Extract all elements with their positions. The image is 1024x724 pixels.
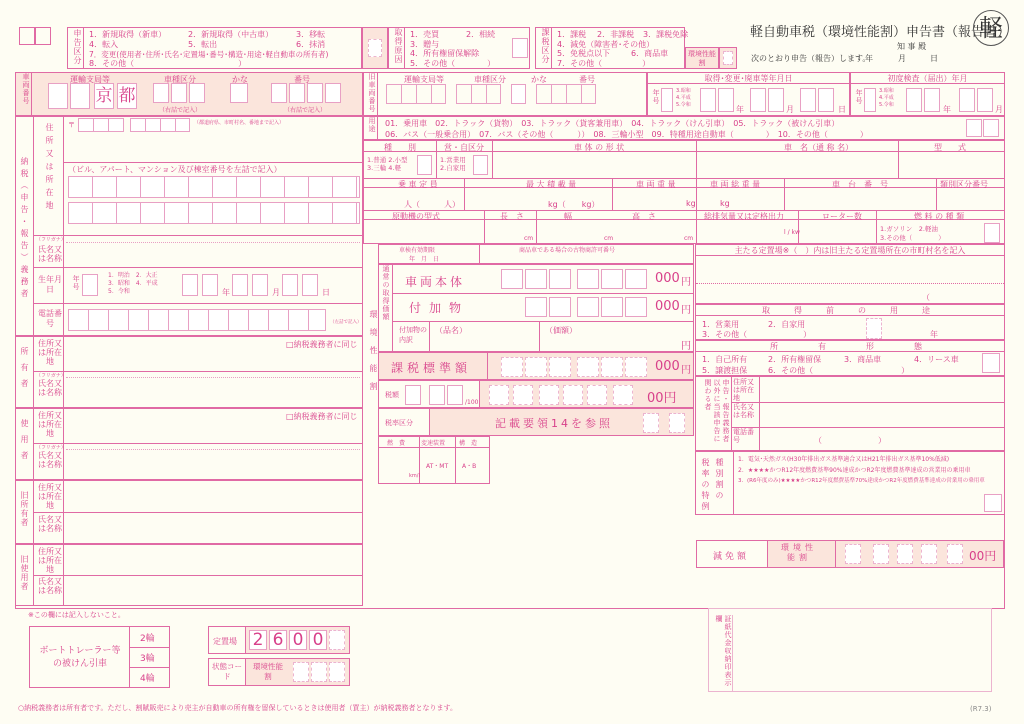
vn-number-box[interactable] xyxy=(325,83,341,103)
acquisition-date-header: 取得･変更･廃車等年月日 xyxy=(648,73,849,84)
fi-year-unit: 年 xyxy=(943,104,951,115)
tax-option-7: 7．その他（ ） xyxy=(557,58,650,69)
date-month-label: 月 xyxy=(898,53,906,64)
fi-era-box[interactable] xyxy=(864,88,876,112)
declaration-type-section: 申告区分 1．新規取得（新車） 2．新規取得（中古車） 3．移転 4．転入 5．… xyxy=(67,27,362,69)
status-code-label: 状態コード xyxy=(212,662,242,682)
reduction-suffix: 00円 xyxy=(969,547,996,564)
owner-furigana-label: （フリガナ） xyxy=(36,372,66,379)
building-note: （ビル、アパート、マンション及び棟室番号を左詰で記入） xyxy=(68,164,282,175)
birth-month-unit: 月 xyxy=(272,287,280,298)
phone-input[interactable] xyxy=(68,309,326,331)
tax-amount-digit[interactable] xyxy=(513,385,533,405)
spec-header-rotor: ローター数 xyxy=(822,211,862,222)
reduction-label: 減免額 xyxy=(713,549,749,562)
accessory-price-digit[interactable] xyxy=(525,297,547,317)
transmission-options[interactable]: AT・MT xyxy=(426,461,448,470)
transmission-header: 変速装置 xyxy=(421,438,445,447)
fi-era-options: 3.昭和4.平成5.令和 xyxy=(879,88,894,109)
spec-header-chassis: 車 台 番 号 xyxy=(832,179,888,190)
tax-rate-row: 税率区分 記載要領14を参照 xyxy=(378,408,694,436)
storage-code-digit[interactable]: 0 xyxy=(289,630,307,650)
accessory-price-suffix: 000 xyxy=(655,299,680,314)
env-tax-input[interactable] xyxy=(719,47,737,69)
structure-options[interactable]: A・B xyxy=(462,461,476,470)
ownership-input[interactable] xyxy=(982,353,1000,373)
spec-height-unit: cm xyxy=(684,235,693,242)
accessory-price-yen: 円 xyxy=(681,301,691,316)
owner-name-label: 氏名又は名称 xyxy=(38,379,62,397)
vn-office-box[interactable] xyxy=(48,83,68,109)
tax-base-digit[interactable] xyxy=(625,357,647,377)
special-rate-label: 税率の特例 xyxy=(700,458,711,513)
spec-header-payload: 最 大 積 載 量 xyxy=(526,179,576,190)
old-owner-section: 旧所有者 住所又は所在地 氏名又は名称 xyxy=(15,480,363,544)
tax-amount-digit[interactable] xyxy=(613,385,633,405)
acq-day-box[interactable] xyxy=(818,88,834,112)
spec-header-name: 車 名（通 称 名） xyxy=(784,142,853,153)
tax-rate-digit[interactable] xyxy=(405,385,421,405)
storage-old-municipality[interactable]: （ ） xyxy=(922,292,1024,303)
acquisition-price-section: 通常の取得価額 車両本体 000 円 付加物 000 円 付加物の内訳 （品名）… xyxy=(378,264,694,352)
building-row-1[interactable] xyxy=(68,176,360,198)
tax-base-digit[interactable] xyxy=(501,357,523,377)
body-price-digit[interactable] xyxy=(525,269,547,289)
accessory-price-digit[interactable] xyxy=(601,297,623,317)
tax-base-yen: 円 xyxy=(681,361,691,376)
acq-price-label: 通常の取得価額 xyxy=(379,265,393,351)
fi-month-box[interactable] xyxy=(959,88,975,112)
spec-header-model: 型 式 xyxy=(934,142,966,153)
storage-code-section: 定置場 2 6 0 0 xyxy=(208,626,350,654)
tax-category-section: 課税区分 1．課税 2．非課税 3．課税免除 4．減免（障害者･その他） 5．免… xyxy=(535,27,685,69)
stamp-label: 証紙代金収納印表示欄 xyxy=(711,615,733,691)
vn-number-box[interactable] xyxy=(271,83,287,103)
acq-month-box[interactable] xyxy=(750,88,766,112)
validity-date[interactable]: 年 月 日 xyxy=(409,254,439,263)
tax-amount-label: 税額 xyxy=(385,390,399,400)
trailer-label: ボートトレーラー等の被けん引車 xyxy=(36,645,124,671)
old-user-address-label: 住所又は所在地 xyxy=(38,547,62,574)
user-address-label: 住所又は所在地 xyxy=(38,411,62,438)
spec-biz-input[interactable] xyxy=(473,155,488,175)
vn-kana-box[interactable] xyxy=(230,83,248,103)
ownership-option-4: 4．リース車 xyxy=(914,354,959,365)
fi-year-box[interactable] xyxy=(906,88,922,112)
body-price-digit[interactable] xyxy=(501,269,523,289)
acq-year-box[interactable] xyxy=(718,88,734,112)
reduction-digit[interactable] xyxy=(845,544,861,564)
ovn-number-boxes[interactable] xyxy=(536,84,596,104)
rp-address-input[interactable] xyxy=(762,379,1002,401)
accessory-price-digit[interactable] xyxy=(549,297,571,317)
storage-code-digit[interactable]: 2 xyxy=(249,630,267,650)
spec-type-input[interactable] xyxy=(417,155,432,175)
validity-header: 車検有効期限 xyxy=(399,245,435,254)
first-inspection-header: 初度検査（届出）年月 xyxy=(851,73,1004,84)
form-version: (R7.3) xyxy=(970,705,991,713)
vehicle-number-label: 車両番号 xyxy=(16,73,32,115)
acq-year-box[interactable] xyxy=(700,88,716,112)
spec-biz-options: 1.営業用 2.自家用 xyxy=(440,156,466,172)
storage-code-extra[interactable] xyxy=(329,630,345,650)
old-owner-label: 旧所有者 xyxy=(19,491,30,527)
reduction-env-label: 環境性能割 xyxy=(781,543,817,563)
status-code-digit[interactable] xyxy=(293,662,309,682)
old-vehicle-number-section: 旧車両番号 運輸支局等 車種区分 かな 番号 xyxy=(363,72,647,116)
vn-office-char[interactable]: 京 xyxy=(94,83,114,109)
body-price-yen: 円 xyxy=(681,273,691,288)
reduction-digit[interactable] xyxy=(947,544,963,564)
spec-type-options: 1.普通 2.小型 3.三輪 4.軽 xyxy=(367,156,407,172)
acquisition-date-section: 取得･変更･廃車等年月日 年号 3.昭和4.平成5.令和 年 月 日 xyxy=(647,72,850,116)
spec-width-unit: cm xyxy=(604,235,613,242)
special-rate-item-2: 2．★★★★かつR12年度燃費基準90%達成かつR2年度燃費基準達成の営業用の乗… xyxy=(738,465,970,474)
era-label: 年号 xyxy=(651,89,661,105)
tax-base-digit[interactable] xyxy=(549,357,571,377)
birth-month-box[interactable] xyxy=(252,274,268,296)
storage-code-digit[interactable]: 0 xyxy=(309,630,327,650)
ovn-kana-box[interactable] xyxy=(511,84,526,104)
tax-base-label: 課税標準額 xyxy=(391,359,471,376)
spec-header-capacity: 乗 車 定 員 xyxy=(398,179,438,190)
spec-fuel-options: 1.ガソリン 2.軽油 3.その他（ ） xyxy=(880,225,945,243)
special-rate-input[interactable] xyxy=(984,494,1002,512)
body-price-label: 車両本体 xyxy=(405,273,465,290)
ownership-option-5: 5．譲渡担保 xyxy=(702,365,747,376)
tax-rate-code[interactable] xyxy=(643,413,659,433)
declaration-type-label: 申告区分 xyxy=(68,28,84,68)
building-row-2[interactable] xyxy=(68,202,360,224)
spec-model-input[interactable] xyxy=(902,153,1002,177)
spec-header-engine: 原動機の型式 xyxy=(392,211,440,222)
spec-header-width: 幅 xyxy=(564,211,572,222)
tax-amount-digit[interactable] xyxy=(539,385,559,405)
addressee: 知 事 殿 xyxy=(897,41,926,52)
accessory-detail-label: 付加物の内訳 xyxy=(399,325,429,345)
ownership-section: 所 有 形 態 1．自己所有 2．所有権留保 3．商品車 4．リース車 5．譲渡… xyxy=(695,340,1005,376)
spec-header-weight: 車 両 重 量 xyxy=(636,179,676,190)
user-label: 使用者 xyxy=(19,419,30,467)
fi-era-label: 年号 xyxy=(854,89,864,105)
cause-option-5: 5．その他（ ） xyxy=(410,58,495,69)
structure-header: 構 造 xyxy=(459,438,477,447)
fi-year-box[interactable] xyxy=(924,88,940,112)
trailer-3-wheels[interactable]: 3輪 xyxy=(140,651,155,664)
accessory-price-digit[interactable] xyxy=(577,297,599,317)
body-price-suffix: 000 xyxy=(655,271,680,286)
accessory-item-price[interactable]: （価額） xyxy=(545,325,577,336)
vn-class-note: （右詰で記入） xyxy=(159,105,201,114)
spec-displacement-unit: l / kw xyxy=(784,229,800,236)
postal-note: （都道府県、市町村名、番地まで記入） xyxy=(194,119,284,126)
fuel-economy-unit[interactable]: km/l xyxy=(409,473,420,479)
spec-payload-unit[interactable]: kg（ kg） xyxy=(548,199,599,210)
birth-year-unit: 年 xyxy=(222,287,230,298)
body-price-digit[interactable] xyxy=(601,269,623,289)
acq-day-unit: 日 xyxy=(838,104,846,115)
birth-day-box[interactable] xyxy=(302,274,318,296)
acq-day-box[interactable] xyxy=(800,88,816,112)
rp-phone-input[interactable]: （ ） xyxy=(814,435,886,446)
usage-options-line2: 06．バス（一般乗合用） 07．バス（その他（ ）） 08．三輪小型 09．特種… xyxy=(385,129,868,140)
usage-box[interactable] xyxy=(966,119,982,137)
usage-label: 用途 xyxy=(364,117,378,139)
kei-badge: 軽 xyxy=(973,10,1009,46)
usage-options-line1: 01．乗用車 02．トラック（貨物） 03．トラック（貨客兼用車） 04．トラッ… xyxy=(385,118,839,129)
spec-header-category-no: 類別区分番号 xyxy=(940,179,988,190)
old-user-label: 旧使用者 xyxy=(19,555,30,591)
spec-header-type: 種 別 xyxy=(384,142,416,153)
spec-header-body: 車 体 の 形 状 xyxy=(574,142,624,153)
storage-header: 主たる定置場※（ ）内は旧主たる定置場所在の市町村名を記入 xyxy=(696,245,1004,256)
office-box-2[interactable] xyxy=(35,27,51,45)
vn-class-box[interactable] xyxy=(171,83,187,103)
ownership-option-6: 6．その他（ ） xyxy=(768,365,909,376)
spec-header-fuel: 燃 料 の 種 類 xyxy=(914,211,964,222)
special-rate-item-3: 3．(R6年度のみ)★★★★かつR12年度燃費基準70%達成かつR2年度燃費基準… xyxy=(738,476,985,484)
owner-section: 所有者 住所又は所在地 □納税義務者に同じ （フリガナ） 氏名又は名称 xyxy=(15,336,363,408)
acq-era-box[interactable] xyxy=(661,88,673,112)
spec-header-gross: 車 両 総 重 量 xyxy=(710,179,760,190)
birth-day-box[interactable] xyxy=(282,274,298,296)
phone-label: 電話番号 xyxy=(38,309,62,329)
reduction-digit[interactable] xyxy=(897,544,913,564)
rp-name-input[interactable] xyxy=(762,404,1002,426)
owner-label: 所有者 xyxy=(19,347,30,395)
dealer-permit-header: 商品車である場合の古物商許可番号 xyxy=(519,245,615,254)
status-code-digit[interactable] xyxy=(311,662,327,682)
vn-number-note: （右詰で記入） xyxy=(284,105,326,114)
declaration-option-8: 8．その他（ ） xyxy=(89,58,246,69)
ovn-class-boxes[interactable] xyxy=(456,84,501,104)
reduction-digit[interactable] xyxy=(921,544,937,564)
cause-option-2: 2．相続 xyxy=(466,29,495,40)
accessory-detail-yen: 円 xyxy=(681,337,691,352)
birth-day-unit: 日 xyxy=(322,287,330,298)
accessory-price-digit[interactable] xyxy=(625,297,647,317)
tax-base-digit[interactable] xyxy=(577,357,599,377)
acq-month-unit: 月 xyxy=(786,104,794,115)
taxpayer-label: 納税（申告・報告）義務者 xyxy=(19,157,30,301)
taxpayer-name-input[interactable] xyxy=(66,244,360,266)
spec-body-input[interactable] xyxy=(496,153,694,177)
trailer-4-wheels[interactable]: 4輪 xyxy=(140,671,155,684)
ovn-office-boxes[interactable] xyxy=(386,84,446,104)
user-name-label: 氏名又は名称 xyxy=(38,451,62,469)
special-rate-section: 税率の特例 種別割の 1．電気･天然ガス(H30年排出ガス基準適合又はH21年排… xyxy=(695,451,1005,515)
prev-use-year-unit: 年 xyxy=(930,329,938,340)
storage-code-label: 定置場 xyxy=(213,636,237,647)
date-day-label: 日 xyxy=(930,53,938,64)
rp-phone-label: 電話番号 xyxy=(732,427,760,450)
spec-header-biz: 営・自区分 xyxy=(444,142,484,153)
rp-name-label: 氏名又は名称 xyxy=(732,402,760,427)
acquisition-cause-section: 取得原因 1．売買 2．相続 3．贈与 4．所有権留保解除 5．その他（ ） xyxy=(388,27,530,69)
tax-amount-suffix: 00円 xyxy=(647,387,677,406)
storage-code-digit[interactable]: 6 xyxy=(269,630,287,650)
declaration-type-input[interactable] xyxy=(362,27,388,69)
acq-month-box[interactable] xyxy=(768,88,784,112)
tax-amount-row: 税額 /100 00円 xyxy=(378,380,694,408)
reduction-section: 減免額 環境性能割 00円 xyxy=(696,540,1004,568)
birth-date-label: 生年月日 xyxy=(38,275,62,295)
acquisition-cause-input[interactable] xyxy=(512,38,528,58)
vn-class-box[interactable] xyxy=(189,83,205,103)
acq-era-options: 3.昭和4.平成5.令和 xyxy=(676,88,691,109)
old-owner-name-label: 氏名又は名称 xyxy=(38,515,62,533)
footer-note: ○納税義務者は所有者です。ただし、割賦販売により売主が自動車の所有権を留保してい… xyxy=(18,703,457,713)
prev-use-section: 取 得 前 の 用 途 1．営業用 2．自家用 3．その他（ ） 年 xyxy=(695,304,1005,340)
accessory-item-name[interactable]: （品名） xyxy=(435,325,467,336)
taxpayer-furigana-label: （フリガナ） xyxy=(36,236,66,243)
storage-location-section: 主たる定置場※（ ）内は旧主たる定置場所在の市町村名を記入 （ ） xyxy=(695,244,1005,304)
spec-name-input[interactable] xyxy=(700,153,896,177)
postal-code-first[interactable] xyxy=(78,118,124,132)
accessory-price-label: 付加物 xyxy=(409,299,469,316)
user-section: 使用者 住所又は所在地 □納税義務者に同じ （フリガナ） 氏名又は名称 xyxy=(15,408,363,480)
status-env-label: 環境性能割 xyxy=(253,662,283,682)
status-code-section: 状態コード 環境性能割 xyxy=(208,658,350,686)
ownership-option-2: 2．所有権留保 xyxy=(768,354,821,365)
tax-rate-digit[interactable] xyxy=(447,385,463,405)
tax-rate-code[interactable] xyxy=(669,413,685,433)
owner-same-checkbox[interactable]: □納税義務者に同じ xyxy=(286,339,358,350)
date-year-label: 年 xyxy=(865,53,873,64)
office-use-note: ※この欄には記入しないこと。 xyxy=(28,610,125,620)
postal-mark: 〒 xyxy=(68,120,75,130)
tax-amount-digit[interactable] xyxy=(489,385,509,405)
acquisition-cause-label: 取得原因 xyxy=(389,28,405,68)
taxpayer-section: 納税（申告・報告）義務者 住所又は所在地 〒 （都道府県、市町村名、番地まで記入… xyxy=(15,116,363,336)
status-code-digit[interactable] xyxy=(329,662,345,682)
form-title: 軽自動車税（環境性能割）申告書（報告書） xyxy=(750,21,1010,40)
tax-amount-digit[interactable] xyxy=(563,385,583,405)
birth-era-label: 年号 xyxy=(71,275,81,291)
prev-use-option-3: 3．その他（ ） xyxy=(702,329,811,340)
first-inspection-section: 初度検査（届出）年月 年号 3.昭和4.平成5.令和 年 月 xyxy=(850,72,1005,116)
office-box-1[interactable] xyxy=(19,27,35,45)
special-rate-sub-label: 種別割の xyxy=(714,458,725,502)
trailer-section: ボートトレーラー等の被けん引車 2輪 3輪 4輪 xyxy=(29,626,170,688)
old-vehicle-number-label: 旧車両番号 xyxy=(364,73,378,115)
tax-base-suffix: 000 xyxy=(655,359,680,374)
vehicle-number-section: 車両番号 運輸支局等 車種区分 かな 番号 京 都 （右詰で記入） （右詰で記入… xyxy=(15,72,363,116)
fi-month-box[interactable] xyxy=(977,88,993,112)
birth-era-options: 1．明治 2．大正 3．昭和 4．平成 5．令和 xyxy=(108,272,158,296)
vn-office-char[interactable]: 都 xyxy=(117,83,137,109)
tax-rate-note: 記載要領14を参照 xyxy=(495,415,613,431)
taxpayer-address-label: 住所又は所在地 xyxy=(44,123,55,214)
trailer-2-wheels[interactable]: 2輪 xyxy=(140,631,155,644)
spec-weight-unit[interactable]: kg xyxy=(686,199,696,208)
vehicle-specs-section: 種 別 営・自区分 車 体 の 形 状 車 名（通 称 名） 型 式 1.普通 … xyxy=(363,140,1005,244)
tax-amount-digit[interactable] xyxy=(587,385,607,405)
rp-address-label: 住所又は所在地 xyxy=(732,377,760,402)
vn-class-box[interactable] xyxy=(153,83,169,103)
tax-category-label: 課税区分 xyxy=(536,28,552,68)
taxpayer-address-input[interactable] xyxy=(66,133,360,161)
birth-year-box[interactable] xyxy=(202,274,218,296)
spec-fuel-input[interactable] xyxy=(984,223,1000,243)
usage-section: 用途 01．乗用車 02．トラック（貨物） 03．トラック（貨客兼用車） 04．… xyxy=(363,116,1005,140)
birth-era-input[interactable] xyxy=(82,274,98,296)
spec-gross-unit[interactable]: kg xyxy=(720,199,730,208)
tax-base-digit[interactable] xyxy=(601,357,623,377)
phone-note: （左詰で記入） xyxy=(330,319,362,325)
prev-use-header: 取 得 前 の 用 途 xyxy=(696,305,1004,316)
spec-header-displacement: 総排気量又は定格出力 xyxy=(704,211,784,222)
ownership-header: 所 有 形 態 xyxy=(696,341,1004,352)
body-price-digit[interactable] xyxy=(577,269,599,289)
special-rate-item-1: 1．電気･天然ガス(H30年排出ガス基準適合又はH21年排出ガス基準10%低減) xyxy=(738,454,949,463)
tax-base-digit[interactable] xyxy=(525,357,547,377)
spec-header-length: 長 さ xyxy=(500,211,524,222)
fuel-economy-header: 燃 費 xyxy=(387,438,405,447)
usage-box[interactable] xyxy=(983,119,999,137)
old-user-name-label: 氏名又は名称 xyxy=(38,577,62,595)
user-furigana-label: （フリガナ） xyxy=(36,444,66,451)
tax-rate-label: 税率区分 xyxy=(385,418,413,428)
spec-capacity-unit[interactable]: 人（ 人） xyxy=(404,199,460,210)
old-owner-address-label: 住所又は所在地 xyxy=(38,483,62,510)
prev-use-input[interactable] xyxy=(866,318,882,339)
related-person-label: 申告・報告義務者以外に当該申告に関わる者 xyxy=(696,377,732,450)
env-tax-label: 環境性能割 xyxy=(685,47,719,69)
statement: 次のとおり申告（報告）します。 xyxy=(751,53,870,64)
ownership-option-3: 3．商品車 xyxy=(844,354,881,365)
ownership-option-1: 1．自己所有 xyxy=(702,354,747,365)
stamp-section: 証紙代金収納印表示欄 xyxy=(708,608,992,692)
tax-base-row: 課税標準額 000 円 xyxy=(378,352,694,380)
vn-number-box[interactable] xyxy=(289,83,305,103)
vn-office-box[interactable] xyxy=(70,83,90,109)
fi-month-unit: 月 xyxy=(995,104,1003,115)
taxpayer-name-label: 氏名又は名称 xyxy=(38,245,62,263)
acq-year-unit: 年 xyxy=(736,104,744,115)
spec-length-unit: cm xyxy=(524,235,533,242)
related-person-section: 申告・報告義務者以外に当該申告に関わる者 住所又は所在地 氏名又は名称 電話番号… xyxy=(695,376,1005,451)
tax-rate-per100: /100 xyxy=(465,399,478,406)
tax-rate-digit[interactable] xyxy=(429,385,445,405)
birth-year-box[interactable] xyxy=(182,274,198,296)
vn-number-box[interactable] xyxy=(307,83,323,103)
validity-section: 車検有効期限 年 月 日 商品車である場合の古物商許可番号 xyxy=(378,244,694,264)
fuel-economy-section: 燃 費 変速装置 構 造 km/l AT・MT A・B xyxy=(378,436,490,484)
postal-code-second[interactable] xyxy=(130,118,190,132)
body-price-digit[interactable] xyxy=(549,269,571,289)
owner-address-label: 住所又は所在地 xyxy=(38,339,62,366)
spec-header-height: 高 さ xyxy=(632,211,656,222)
user-same-checkbox[interactable]: □納税義務者に同じ xyxy=(286,411,358,422)
birth-month-box[interactable] xyxy=(232,274,248,296)
body-price-digit[interactable] xyxy=(625,269,647,289)
reduction-digit[interactable] xyxy=(873,544,889,564)
old-user-section: 旧使用者 住所又は所在地 氏名又は名称 xyxy=(15,544,363,606)
